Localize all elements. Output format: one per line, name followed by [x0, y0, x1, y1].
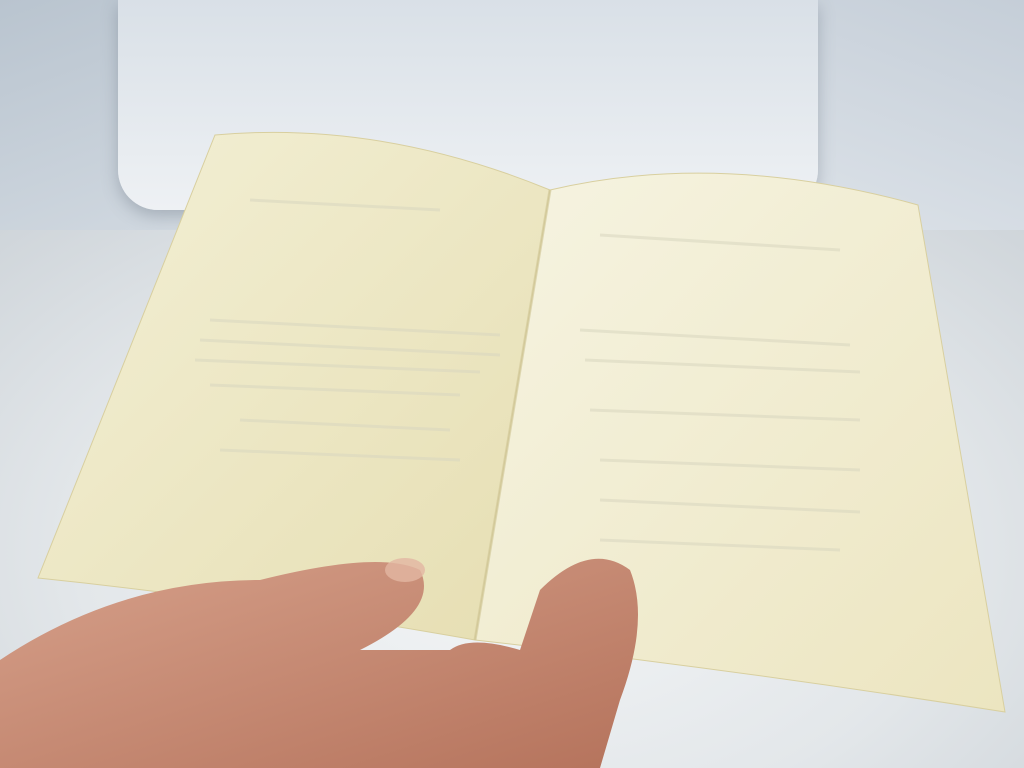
photo-scene	[0, 0, 1024, 768]
hand	[0, 540, 660, 768]
